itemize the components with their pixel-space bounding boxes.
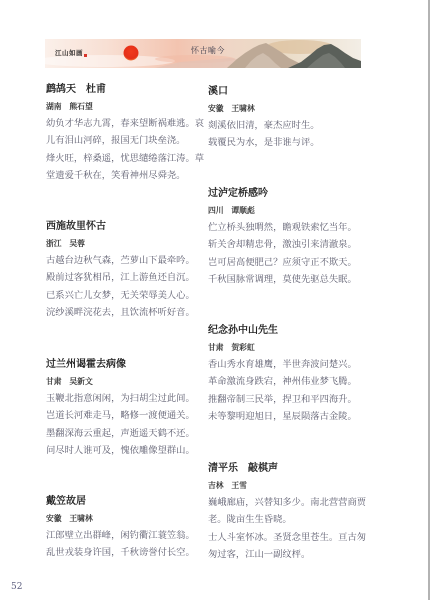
poem-block: 纪念孙中山先生 甘肃 贺彩虹 香山秀水育雄鹰，半世奔波问楚兴。 革命激流身跌宕，… [208,322,378,425]
poem-line: 堂遗爱千秋在，笑看神州尽舜尧。 [46,167,216,184]
poem-block: 戴笠故居 安徽 王啸林 江郎壁立出群峰，闲钓衢江蓑笠翁。 乱世戎装身许国，千秋谤… [46,493,216,562]
poem-line: 墨翻深海云重起，声逝遥天鹤不还。 [46,425,216,442]
poem-author: 吉林 王雪 [208,477,378,494]
poem-author: 浙江 吴蓉 [46,235,216,252]
poem-line: 斩关舍却精忠骨，激浊引来清澈泉。 [208,236,378,253]
poem-title: 溪口 [208,83,378,100]
poem-line: 烽火旺，梓桑遥，忧思缱绻落江涛。草 [46,150,216,167]
poem-title: 戴笠故居 [46,493,216,510]
poem-line: 老。陇亩生生昏晓。 [208,511,378,528]
poem-line: 已系兴亡儿女梦，无关荣辱美人心。 [46,287,216,304]
poem-line: 浣纱溪畔浣花去，且饮流杯听好音。 [46,304,216,321]
poem-title: 纪念孙中山先生 [208,322,378,339]
poem-author: 湖南 熊石望 [46,98,216,115]
poem-line: 革命激流身跌宕，神州伟业梦飞腾。 [208,373,378,390]
poem-line: 儿有泪山河碎，报国无门块垒浇。 [46,132,216,149]
poem-title: 鹧鸪天 杜甫 [46,81,216,98]
red-seal-icon [84,54,87,57]
poem-line: 问尽时人谁可及，愧依雕像望群山。 [46,442,216,459]
banner-calligraphy-right: 怀古喻今 [191,45,225,56]
poem-author: 安徽 王啸林 [46,510,216,527]
poem-block: 溪口 安徽 王啸林 剡溪依旧清，豪杰应时生。 载覆民为水，是非谁与评。 [208,83,378,152]
poem-title: 西施故里怀古 [46,218,216,235]
banner-calligraphy-left: 江山如画 [55,48,83,57]
poem-line: 玉鞭北指意闲闲，为扫胡尘过此间。 [46,390,216,407]
poem-line: 江郎壁立出群峰，闲钓衢江蓑笠翁。 [46,527,216,544]
poem-author: 甘肃 贺彩虹 [208,339,378,356]
poem-author: 安徽 王啸林 [208,100,378,117]
poem-author: 甘肃 吴新文 [46,373,216,390]
poem-line: 香山秀水育雄鹰，半世奔波问楚兴。 [208,356,378,373]
poem-line: 岂道长河难走马，略修一渡便通关。 [46,407,216,424]
poem-block: 清平乐 敲棋声 吉林 王雪 巍峨廊庙，兴替知多少。南北营营商贾 老。陇亩生生昏晓… [208,460,378,563]
poem-author: 四川 谭顺彪 [208,202,378,219]
poem-block: 西施故里怀古 浙江 吴蓉 古越台边秋气森，苎萝山下最牵吟。 殿前过客犹相吊，江上… [46,218,216,321]
poem-line: 乱世戎装身许国，千秋谤誉付长空。 [46,544,216,561]
poem-line: 载覆民为水，是非谁与评。 [208,134,378,151]
poem-line: 巍峨廊庙，兴替知多少。南北营营商贾 [208,494,378,511]
poem-block: 鹧鸪天 杜甫 湖南 熊石望 幼负才华志九霄，春来望断祸难逃。哀 儿有泪山河碎，报… [46,81,216,184]
poem-line: 匆过客，江山一副纹枰。 [208,546,378,563]
poem-title: 过泸定桥感吟 [208,185,378,202]
poem-line: 殿前过客犹相吊，江上游鱼还自沉。 [46,269,216,286]
poem-title: 清平乐 敲棋声 [208,460,378,477]
page-number: 52 [11,582,22,592]
poem-title: 过兰州谒霍去病像 [46,356,216,373]
poem-line: 未等黎明迎旭日，星辰陨落古金陵。 [208,408,378,425]
poem-line: 古越台边秋气森，苎萝山下最牵吟。 [46,252,216,269]
poem-line: 岂可居高便肥己？应须守正不欺天。 [208,254,378,271]
header-banner: 江山如画 怀古喻今 [45,39,361,68]
poem-line: 幼负才华志九霄，春来望断祸难逃。哀 [46,115,216,132]
poem-block: 过泸定桥感吟 四川 谭顺彪 伫立桥头独喟然，瞻观铁索忆当年。 斩关舍却精忠骨，激… [208,185,378,288]
poem-line: 推翻帝制三民举，捍卫和平四海升。 [208,391,378,408]
poem-line: 千秋国脉常调理，莫使先驱总失眠。 [208,271,378,288]
poem-line: 剡溪依旧清，豪杰应时生。 [208,117,378,134]
poem-line: 士人斗室怀冰。圣贤念里苍生。亘古匆 [208,529,378,546]
poem-block: 过兰州谒霍去病像 甘肃 吴新文 玉鞭北指意闲闲，为扫胡尘过此间。 岂道长河难走马… [46,356,216,459]
poem-line: 伫立桥头独喟然，瞻观铁索忆当年。 [208,219,378,236]
